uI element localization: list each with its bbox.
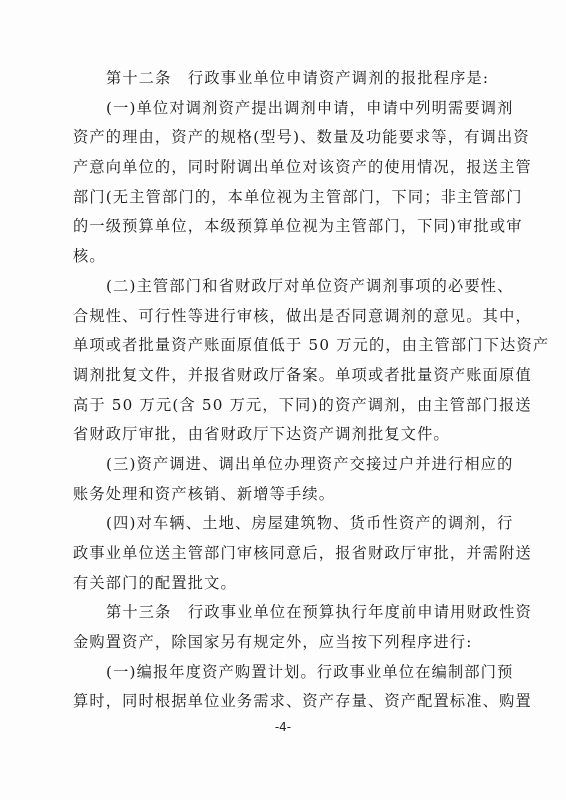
text-line: (一)编报年度资产购置计划。行政事业单位在编制部门预 [73, 658, 501, 688]
text-line: 省财政厅审批，由省财政厅下达资产调剂批复文件。 [73, 420, 501, 450]
text-line: 有关部门的配置批文。 [73, 569, 501, 599]
text-line: 核。 [73, 242, 501, 272]
text-line: (三)资产调进、调出单位办理资产交接过户并进行相应的 [73, 450, 501, 480]
text-line: 算时，同时根据单位业务需求、资产存量、资产配置标准、购置 [73, 687, 501, 717]
text-line: 产意向单位的，同时附调出单位对该资产的使用情况，报送主管 [73, 153, 501, 183]
text-line: 第十三条 行政事业单位在预算执行年度前申请用财政性资 [73, 598, 501, 628]
document-body: 第十二条 行政事业单位申请资产调剂的报批程序是:(一)单位对调剂资产提出调剂申请… [73, 64, 501, 717]
text-line: 政事业单位送主管部门审核同意后，报省财政厅审批，并需附送 [73, 539, 501, 569]
text-line: 的一级预算单位，本级预算单位视为主管部门，下同)审批或审 [73, 212, 501, 242]
document-page: 第十二条 行政事业单位申请资产调剂的报批程序是:(一)单位对调剂资产提出调剂申请… [0, 0, 566, 800]
text-line: 高于 50 万元(含 50 万元，下同)的资产调剂，由主管部门报送 [73, 391, 501, 421]
text-line: 金购置资产，除国家另有规定外，应当按下列程序进行: [73, 628, 501, 658]
text-line: 资产的理由，资产的规格(型号)、数量及功能要求等，有调出资 [73, 123, 501, 153]
text-line: 部门(无主管部门的，本单位视为主管部门，下同；非主管部门 [73, 183, 501, 213]
text-line: 合规性、可行性等进行审核，做出是否同意调剂的意见。其中， [73, 302, 501, 332]
text-line: (一)单位对调剂资产提出调剂申请，申请中列明需要调剂 [73, 94, 501, 124]
text-line: 第十二条 行政事业单位申请资产调剂的报批程序是: [73, 64, 501, 94]
page-number: -4- [0, 720, 566, 734]
text-line: (二)主管部门和省财政厅对单位资产调剂事项的必要性、 [73, 272, 501, 302]
text-line: 调剂批复文件，并报省财政厅备案。单项或者批量资产账面原值 [73, 361, 501, 391]
text-line: 单项或者批量资产账面原值低于 50 万元的，由主管部门下达资产 [73, 331, 501, 361]
text-line: 账务处理和资产核销、新增等手续。 [73, 480, 501, 510]
text-line: (四)对车辆、土地、房屋建筑物、货币性资产的调剂，行 [73, 509, 501, 539]
